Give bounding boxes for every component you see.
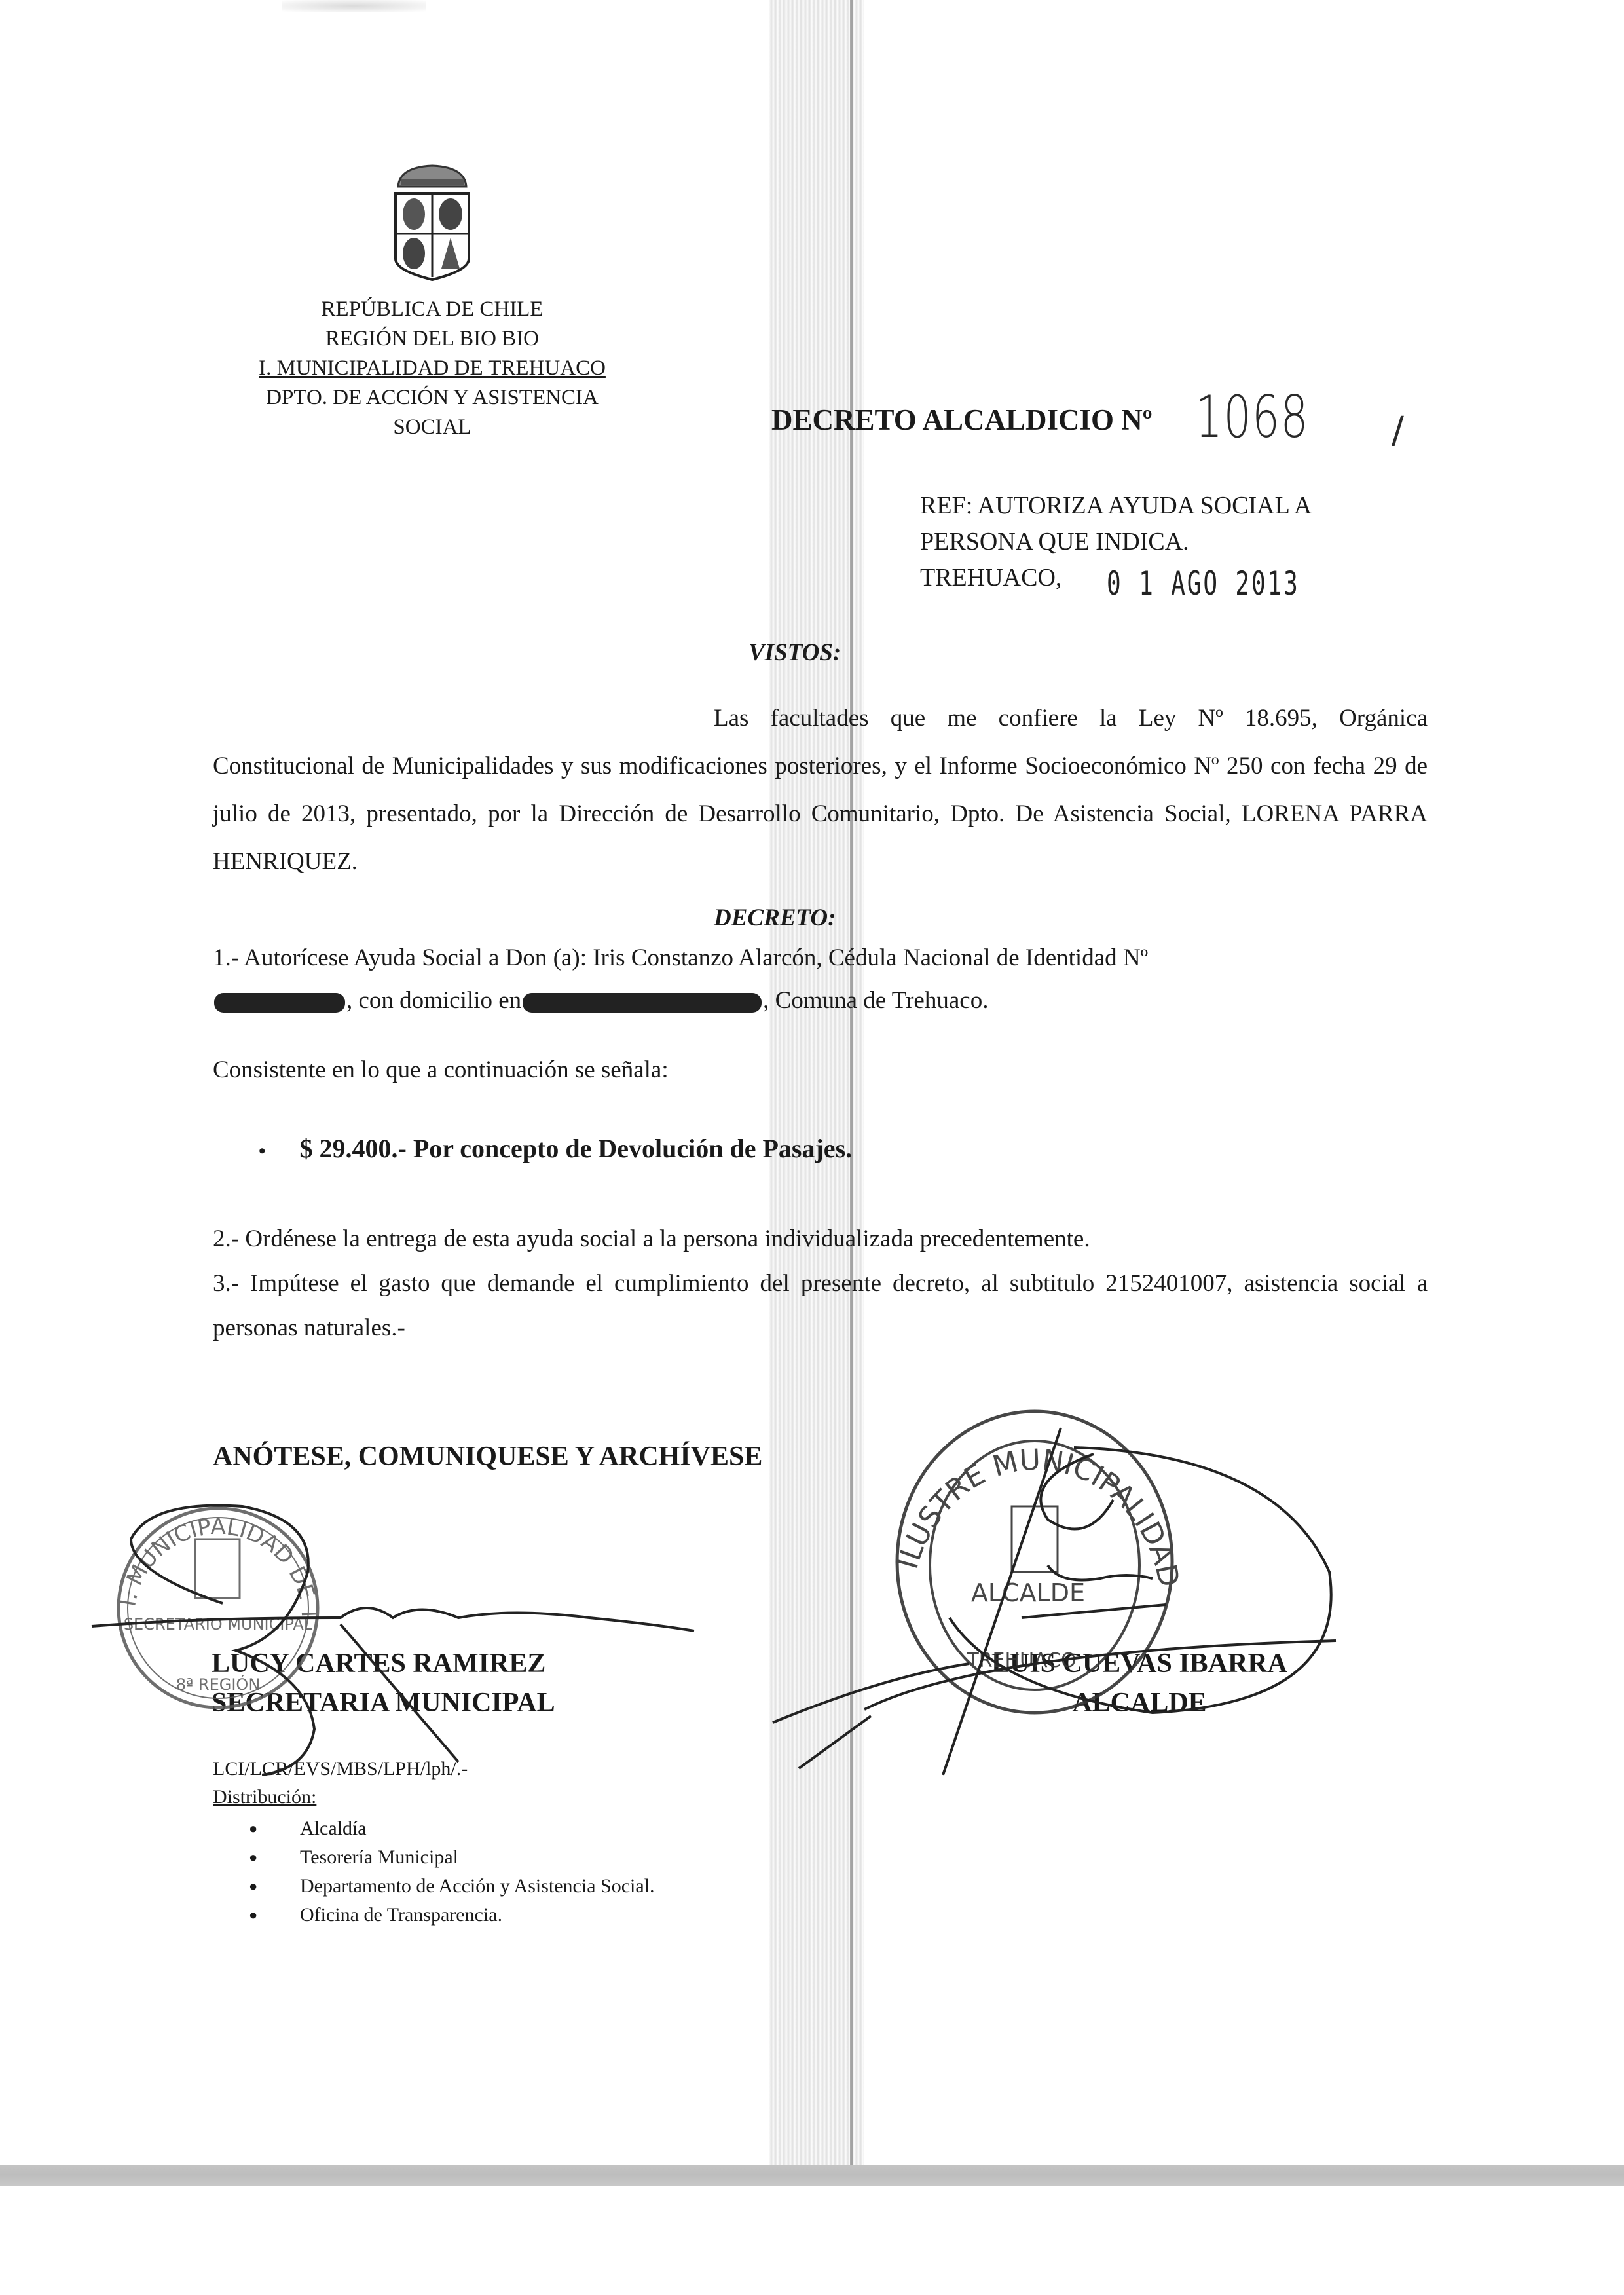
ref-line-2: PERSONA QUE INDICA.: [920, 524, 1312, 560]
redacted-address: [523, 993, 762, 1013]
aid-amount: $ 29.400.- Por concepto de Devolución de…: [300, 1134, 853, 1163]
distribution-item: ●Oficina de Transparencia.: [249, 1901, 655, 1930]
mayor-role: ALCALDE: [930, 1683, 1349, 1723]
decree-item-2: 2.- Ordénese la entrega de esta ayuda so…: [213, 1217, 1428, 1261]
scanner-streak-band: [769, 0, 864, 2184]
secretary-role: SECRETARIA MUNICIPAL: [212, 1683, 555, 1723]
item1-text-b: , con domicilio en: [346, 987, 521, 1014]
letterhead: REPÚBLICA DE CHILE REGIÓN DEL BIO BIO I.…: [249, 295, 616, 442]
ref-line-1: REF: AUTORIZA AYUDA SOCIAL A: [920, 488, 1312, 524]
scan-smudge: [282, 0, 426, 12]
scanner-bottom-strip: [0, 2165, 1624, 2186]
distribution-label: Distribución:: [213, 1786, 316, 1808]
letterhead-region: REGIÓN DEL BIO BIO: [249, 324, 616, 354]
decree-title: DECRETO ALCALDICIO Nº: [771, 403, 1153, 437]
item1-text-a: 1.- Autorícese Ayuda Social a Don (a): I…: [213, 944, 1148, 971]
decree-items-2-3: 2.- Ordénese la entrega de esta ayuda so…: [213, 1217, 1428, 1351]
secretary-name: LUCY CARTES RAMIREZ: [212, 1644, 555, 1683]
secretary-signature-block: LUCY CARTES RAMIREZ SECRETARIA MUNICIPAL: [212, 1644, 555, 1723]
distribution-item: ●Tesorería Municipal: [249, 1843, 655, 1872]
closing-formula: ANÓTESE, COMUNIQUESE Y ARCHÍVESE: [213, 1441, 762, 1472]
redacted-id-number: [214, 993, 345, 1013]
distribution-item: ●Departamento de Acción y Asistencia Soc…: [249, 1872, 655, 1901]
aid-amount-line: •$ 29.400.- Por concepto de Devolución d…: [259, 1133, 852, 1164]
item1-text-c: , Comuna de Trehuaco.: [763, 987, 988, 1014]
mayor-signature-block: LUIS CUEVAS IBARRA ALCALDE: [930, 1644, 1349, 1723]
bullet-icon: •: [259, 1140, 266, 1162]
decree-slash: /: [1392, 409, 1404, 452]
vistos-heading: VISTOS:: [748, 639, 841, 667]
decree-item-3: 3.- Impútese el gasto que demande el cum…: [213, 1261, 1428, 1351]
distribution-list: ●Alcaldía ●Tesorería Municipal ●Departam…: [249, 1814, 655, 1930]
letterhead-municipality: I. MUNICIPALIDAD DE TREHUACO: [249, 354, 616, 383]
decree-item-1: 1.- Autorícese Ayuda Social a Don (a): I…: [213, 937, 1428, 1022]
svg-text:ALCALDE: ALCALDE: [971, 1578, 1085, 1607]
mayor-signature-icon: [773, 1428, 1336, 1775]
decree-place: TREHUACO,: [920, 563, 1061, 592]
secretary-signature-icon: [92, 1506, 694, 1775]
svg-text:SECRETARIO MUNICIPAL: SECRETARIO MUNICIPAL: [124, 1615, 313, 1633]
date-stamp: 0 1 AGO 2013: [1107, 565, 1300, 603]
mayor-name: LUIS CUEVAS IBARRA: [930, 1644, 1349, 1683]
distribution-item: ●Alcaldía: [249, 1814, 655, 1843]
drafter-initials: LCI/LCR/EVS/MBS/LPH/lph/.-: [213, 1758, 468, 1780]
coat-of-arms-icon: [386, 160, 478, 282]
vistos-paragraph: Las facultades que me confiere la Ley Nº…: [213, 694, 1428, 886]
letterhead-country: REPÚBLICA DE CHILE: [249, 295, 616, 324]
decreto-heading: DECRETO:: [714, 904, 836, 932]
consistente-text: Consistente en lo que a continuación se …: [213, 1056, 669, 1084]
letterhead-department: DPTO. DE ACCIÓN Y ASISTENCIA SOCIAL: [249, 383, 616, 442]
decree-reference: REF: AUTORIZA AYUDA SOCIAL A PERSONA QUE…: [920, 488, 1312, 560]
svg-text:ILUSTRE MUNICIPALIDAD: ILUSTRE MUNICIPALIDAD: [891, 1443, 1186, 1590]
decree-number-handwritten: 1068: [1195, 383, 1309, 451]
